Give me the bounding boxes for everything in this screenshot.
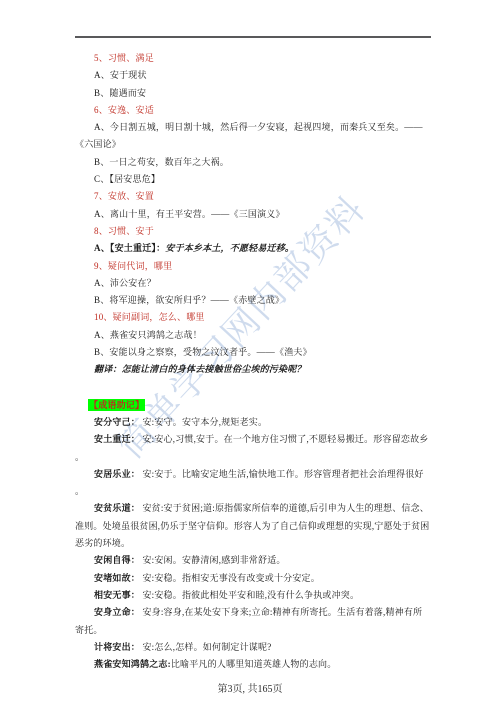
text-run: A、安于现状 xyxy=(94,70,147,80)
paragraph: 相安无事： 安:安稳。指彼此相处平安和睦,没有什么争执或冲突。 xyxy=(75,587,431,604)
paragraph: 翻译：怎能让清白的身体去接触世俗尘埃的污染呢？ xyxy=(75,361,431,378)
text-run: B、将军迎操，欲安所归乎？——《赤壁之战》 xyxy=(94,295,284,305)
idiom-section-label: 【成语助记】 xyxy=(75,397,431,414)
paragraph: 安堵如故： 安:安稳。指相安无事没有改变或十分安定。 xyxy=(75,570,431,587)
text-run: 安:安守。安守本分,规矩老实。 xyxy=(142,417,267,427)
text-run: 8、习惯、安于 xyxy=(94,226,154,236)
paragraph: B、将军迎操，欲安所归乎？——《赤壁之战》 xyxy=(75,292,431,309)
section-heading: 10、疑问副词，怎么、哪里 xyxy=(75,309,431,326)
text-run: 安:安稳。指彼此相处平安和睦,没有什么争执或冲突。 xyxy=(142,590,359,600)
text-run: 安:安稳。指相安无事没有改变或十分安定。 xyxy=(142,573,320,583)
text-run: 翻译：怎能让清白的身体去接触世俗尘埃的污染呢？ xyxy=(94,364,306,374)
paragraph-gap xyxy=(75,379,431,397)
paragraph: 安居乐业： 安:安于。比喻安定地生活,愉快地工作。形容管理者把社会治理得很好。 xyxy=(75,466,431,501)
paragraph: 安身立命： 安身:容身,在某处安下身来;立命:精神有所寄托。生活有着落,精神有所… xyxy=(75,604,431,639)
section-heading: 7、安放、安置 xyxy=(75,188,431,205)
paragraph: A、【安土重迁】：安于本乡本土，不愿轻易迁移。 xyxy=(75,240,431,257)
paragraph: A、燕雀安只鸿鹄之志哉！ xyxy=(75,327,431,344)
section-heading: 9、疑问代词，哪里 xyxy=(75,258,431,275)
text-run: 安:安闲。安静清闲,感到非常舒适。 xyxy=(142,555,285,565)
paragraph: 安分守己： 安:安守。安守本分,规矩老实。 xyxy=(75,414,431,431)
text-run: 安贫乐道： xyxy=(94,503,142,513)
text-run: A、【安土重迁】： xyxy=(94,243,165,253)
page-number: 第3页, 共165页 xyxy=(0,680,500,695)
section-heading: 5、习惯、满足 xyxy=(75,50,431,67)
paragraph: 燕雀安知鸿鹄之志:比喻平凡的人哪里知道英雄人物的志向。 xyxy=(75,656,431,673)
text-run: B、随遇而安 xyxy=(94,88,146,98)
text-run: 安居乐业： xyxy=(94,469,142,479)
text-run: 6、安逸、安适 xyxy=(94,105,154,115)
text-run: 计将安出： xyxy=(94,642,142,652)
text-run: A、离山十里，有王平安营。——《三国演义》 xyxy=(94,209,285,219)
text-run: 比喻平凡的人哪里知道英雄人物的志向。 xyxy=(171,659,337,669)
paragraph: B、一日之苟安，数百年之大祸。 xyxy=(75,154,431,171)
paragraph: A、离山十里，有王平安营。——《三国演义》 xyxy=(75,206,431,223)
text-run: A、燕雀安只鸿鹄之志哉！ xyxy=(94,330,202,340)
text-run: 安堵如故： xyxy=(94,573,142,583)
document-content: 5、习惯、满足A、安于现状B、随遇而安6、安逸、安适A、今日割五城，明日割十城，… xyxy=(75,50,431,673)
text-run: 安土重迁： xyxy=(94,434,142,444)
text-run: 燕雀安知鸿鹄之志: xyxy=(94,659,171,669)
text-run: B、一日之苟安，数百年之大祸。 xyxy=(94,157,229,167)
paragraph: 安土重迁： 安:安心,习惯,安于。在一个地方住习惯了,不愿轻易搬迁。形容留恋故乡… xyxy=(75,431,431,466)
paragraph: 计将安出： 安:怎么,怎样。如何制定计谋呢? xyxy=(75,639,431,656)
text-run: 【成语助记】 xyxy=(88,399,145,411)
paragraph: 安贫乐道： 安贫:安于贫困;道:原指儒家所信奉的道德,后引申为人生的理想、信念、… xyxy=(75,500,431,552)
text-run: 相安无事： xyxy=(94,590,142,600)
text-run: 安分守己： xyxy=(94,417,142,427)
text-run: A、沛公安在？ xyxy=(94,278,156,288)
section-heading: 6、安逸、安适 xyxy=(75,102,431,119)
paragraph: A、今日割五城，明日割十城，然后得一夕安寝，起视四境，而秦兵又至矣。——《六国论… xyxy=(75,119,431,154)
paragraph: C、【居安思危】 xyxy=(75,171,431,188)
text-run: 安:怎么,怎样。如何制定计谋呢? xyxy=(142,642,271,652)
paragraph: B、安能以身之察察，受物之汶汶者乎。——《渔夫》 xyxy=(75,344,431,361)
document-page: 简单学习网内部资料 5、习惯、满足A、安于现状B、随遇而安6、安逸、安适A、今日… xyxy=(0,0,500,707)
text-run: 9、疑问代词，哪里 xyxy=(94,261,172,271)
text-run: 安闲自得： xyxy=(94,555,142,565)
text-run: 10、疑问副词，怎么、哪里 xyxy=(94,312,205,322)
section-heading: 8、习惯、安于 xyxy=(75,223,431,240)
text-run: 安于本乡本土，不愿轻易迁移。 xyxy=(165,243,294,253)
text-run: C、【居安思危】 xyxy=(94,174,160,184)
text-run: 5、习惯、满足 xyxy=(94,53,154,63)
paragraph: 安闲自得： 安:安闲。安静清闲,感到非常舒适。 xyxy=(75,552,431,569)
text-run: A、今日割五城，明日割十城，然后得一夕安寝，起视四境，而秦兵又至矣。——《六国论… xyxy=(75,122,423,149)
text-run: B、安能以身之察察，受物之汶汶者乎。——《渔夫》 xyxy=(94,347,312,357)
paragraph: A、沛公安在？ xyxy=(75,275,431,292)
text-run: 安身立命： xyxy=(94,607,142,617)
header-divider xyxy=(75,36,431,38)
text-run: 7、安放、安置 xyxy=(94,191,154,201)
paragraph: B、随遇而安 xyxy=(75,85,431,102)
paragraph: A、安于现状 xyxy=(75,67,431,84)
